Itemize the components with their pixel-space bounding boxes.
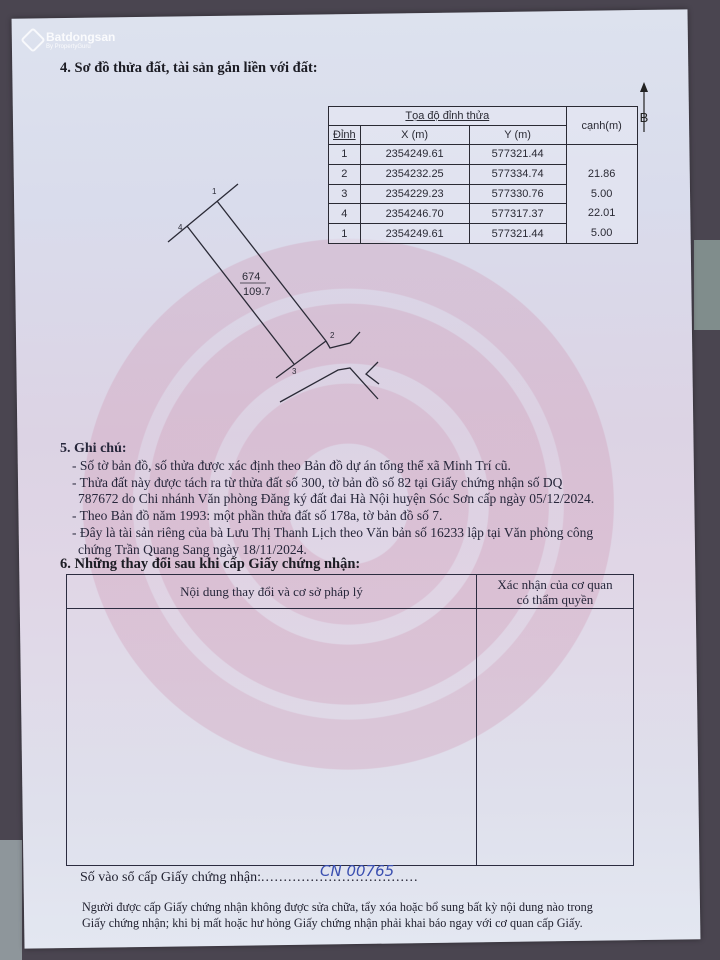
changes-table: Nội dung thay đổi và cơ sở pháp lý Xác n… [66, 574, 634, 866]
edge-lengths: 21.865.0022.015.00 [566, 145, 637, 244]
changes-col-confirm-header: Xác nhận của cơ quan có thẩm quyền [477, 575, 633, 609]
registry-label: Số vào sổ cấp Giấy chứng nhận: [80, 870, 261, 885]
edge-length: 5.00 [571, 224, 633, 244]
north-arrow-icon: B [636, 82, 652, 132]
confirm-header-line1: Xác nhận của cơ quan [497, 577, 612, 592]
house-logo-icon [20, 27, 45, 52]
section-6-title: 6. Những thay đổi sau khi cấp Giấy chứng… [60, 556, 360, 573]
edge-length: 5.00 [571, 185, 633, 205]
y-cell: 577321.44 [469, 145, 566, 165]
changes-confirm-cell [477, 609, 633, 865]
changes-col-content-header: Nội dung thay đổi và cơ sở pháp lý [67, 575, 477, 609]
y-cell: 577330.76 [469, 184, 566, 204]
notes-section: 5. Ghi chú: - Số tờ bản đồ, số thửa được… [60, 441, 700, 559]
watermark-brand: Batdongsan [46, 30, 115, 44]
north-label: B [640, 110, 649, 125]
vertex-label: 4 [178, 223, 183, 232]
y-cell: 577334.74 [469, 164, 566, 184]
header-group: Tọa độ đỉnh thửa [405, 110, 489, 122]
y-header: Y (m) [469, 126, 566, 145]
background-cloth-patch [694, 240, 720, 330]
y-cell: 577317.37 [469, 204, 566, 224]
registry-number-handwritten: CN 00765 [320, 862, 394, 880]
note-line: - Số tờ bản đồ, số thửa được xác định th… [60, 458, 700, 475]
note-line: - Đây là tài sản riêng của bà Lưu Thị Th… [60, 525, 700, 542]
coord-row: 12354249.61577321.4421.865.0022.015.00 [329, 145, 638, 165]
edge-length: 21.86 [571, 165, 633, 185]
vertex-label: 3 [292, 367, 297, 376]
vertex-cell: 1 [329, 145, 361, 165]
note-line: - Thửa đất này được tách ra từ thửa đất … [60, 475, 700, 492]
edge-header: cạnh(m) [566, 107, 637, 145]
x-cell: 2354249.61 [360, 145, 469, 165]
note-line: 787672 do Chi nhánh Văn phòng Đăng ký đấ… [60, 491, 700, 508]
parcel-number: 674 [242, 271, 260, 283]
note-line: - Theo Bản đồ năm 1993: một phần thửa đấ… [60, 508, 700, 525]
confirm-header-line2: có thẩm quyền [517, 592, 594, 607]
watermark-sub: By PropertyGuru [46, 44, 115, 50]
site-watermark: BatdongsanBy PropertyGuru [24, 30, 115, 50]
changes-content-cell [67, 609, 477, 865]
section-4-title: 4. Sơ đồ thửa đất, tài sản gắn liền với … [60, 60, 318, 77]
vertex-label: 2 [330, 331, 335, 340]
background-cloth-patch [0, 840, 22, 960]
footer-warning: Người được cấp Giấy chứng nhận không đượ… [82, 899, 642, 931]
edge-length: 22.01 [571, 204, 633, 224]
vertex-label: 1 [212, 187, 217, 196]
footer-line: Người được cấp Giấy chứng nhận không đượ… [82, 899, 642, 915]
footer-line: Giấy chứng nhận; khi bị mất hoặc hư hỏng… [82, 915, 642, 931]
y-cell: 577321.44 [469, 224, 566, 244]
x-header: X (m) [360, 126, 469, 145]
parcel-area: 109.7 [243, 286, 271, 298]
parcel-sketch: 1 2 3 4 674 109.7 [160, 170, 400, 410]
section-5-title: 5. Ghi chú: [60, 441, 700, 458]
vertex-header: Đỉnh [329, 126, 361, 145]
